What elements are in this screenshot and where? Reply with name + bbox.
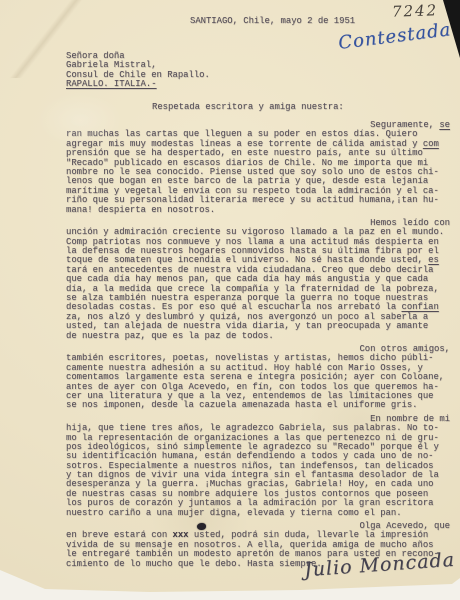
paragraph-first-line: Olga Acevedo, que: [66, 522, 450, 531]
recipient-line: Señora doña: [66, 51, 210, 60]
typed-underline: com: [423, 139, 439, 149]
typed-underline: RAPALLO. ITALIA.-: [66, 79, 157, 89]
body-line: mana! despierta en nosotros.: [66, 206, 450, 215]
body-line: de nuestra paz, que es la paz de todos.: [66, 332, 450, 341]
letter-paper: SANTIAGO, Chile, mayo 2 de 1951 7242 Con…: [0, 0, 460, 600]
paragraph: Seguramente, seran muchas las cartas que…: [66, 121, 450, 215]
scanned-letter-page: SANTIAGO, Chile, mayo 2 de 1951 7242 Con…: [0, 0, 460, 600]
paragraph: Con otros amigos,también escritores, poe…: [66, 345, 450, 411]
paragraph-first-line: Hemos leído con: [66, 219, 450, 228]
paragraph: En nombre de mihija, que tiene tres años…: [66, 415, 450, 518]
recipient-line: Consul de Chile en Rapallo.: [66, 70, 210, 79]
letter-body: Seguramente, seran muchas las cartas que…: [66, 121, 450, 569]
overstruck-text: xxx: [173, 530, 189, 540]
ink-blot: [197, 523, 206, 530]
body-line: se nos imponen, desde la cazuela amenaza…: [66, 401, 450, 410]
paragraph-first-line: En nombre de mi: [66, 415, 450, 424]
paragraph: Hemos leído conunción y admiración creci…: [66, 219, 450, 341]
recipient-line: RAPALLO. ITALIA.-: [66, 79, 210, 88]
typed-underline: es: [428, 255, 439, 265]
salutation: Respetada escritora y amiga nuestra:: [152, 103, 344, 112]
paragraph-first-line: Seguramente, se: [66, 121, 450, 130]
recipient-address-block: Señora doñaGabriela Mistral,Consul de Ch…: [66, 51, 210, 89]
paragraph-first-line: Con otros amigos,: [66, 345, 450, 354]
archive-number-handwritten: 7242: [392, 1, 439, 21]
recipient-line: Gabriela Mistral,: [66, 60, 210, 69]
body-line: nuestro cariño a una mujer digna, elevad…: [66, 509, 450, 518]
date-line: SANTIAGO, Chile, mayo 2 de 1951: [190, 17, 355, 26]
typed-underline: confian: [402, 302, 439, 312]
typed-underline: se: [439, 120, 450, 130]
